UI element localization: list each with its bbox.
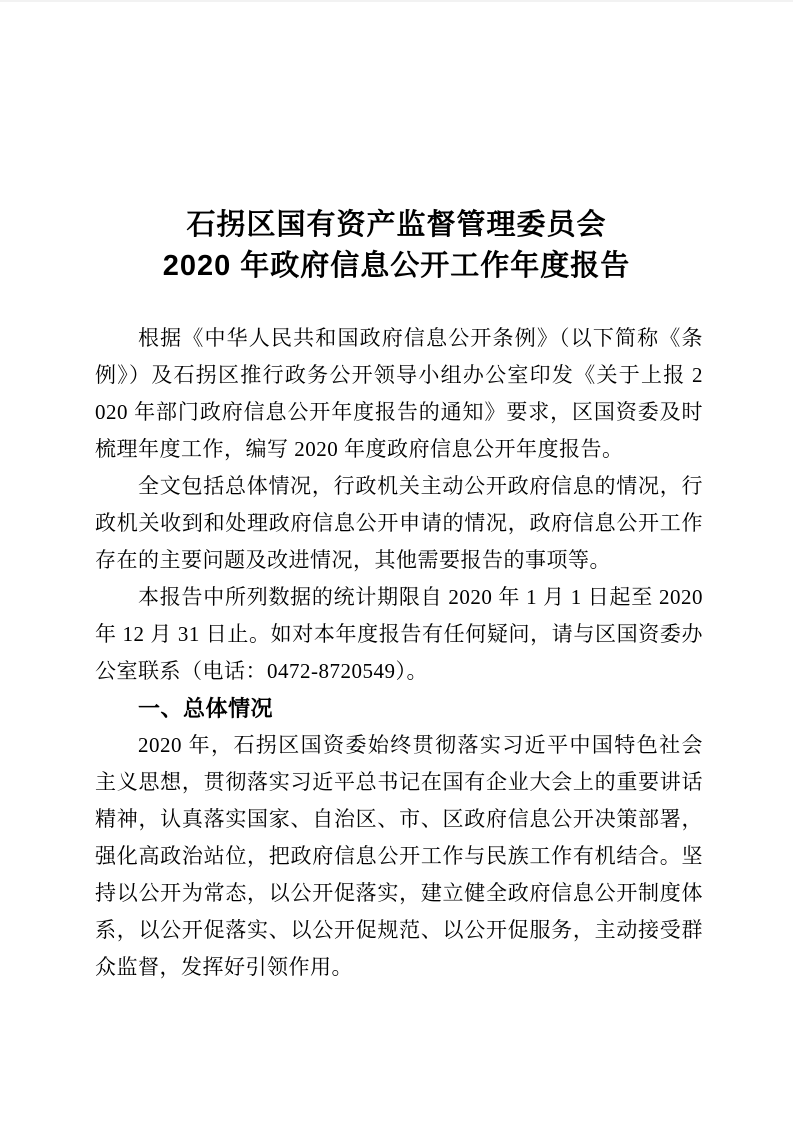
- text-line: 本报告中所列数据的统计期限自 2020 年 1 月 1 日起至 2020: [95, 579, 703, 616]
- text-line: 系，以公开促落实、以公开促规范、以公开促服务，主动接受群: [95, 912, 703, 949]
- text-line: 主义思想，贯彻落实习近平总书记在国有企业大会上的重要讲话: [95, 764, 703, 801]
- para-statistics-period: 本报告中所列数据的统计期限自 2020 年 1 月 1 日起至 2020年 12…: [95, 579, 703, 690]
- document-title-line-1: 石拐区国有资产监督管理委员会: [0, 205, 793, 246]
- para-report-scope: 全文包括总体情况，行政机关主动公开政府信息的情况，行政机关收到和处理政府信息公开…: [95, 468, 703, 579]
- text-line: 精神，认真落实国家、自治区、市、区政府信息公开决策部署，: [95, 801, 703, 838]
- text-line: 全文包括总体情况，行政机关主动公开政府信息的情况，行: [95, 468, 703, 505]
- document-page: 石拐区国有资产监督管理委员会 2020 年政府信息公开工作年度报告 根据《中华人…: [0, 0, 793, 1122]
- text-line: 一、总体情况: [95, 690, 703, 727]
- para-legal-basis: 根据《中华人民共和国政府信息公开条例》（以下简称《条例》）及石拐区推行政务公开领…: [95, 320, 703, 468]
- text-line: 020 年部门政府信息公开年度报告的通知》要求，区国资委及时: [95, 394, 703, 431]
- text-line: 2020 年，石拐区国资委始终贯彻落实习近平中国特色社会: [95, 727, 703, 764]
- heading-overall-situation: 一、总体情况: [95, 690, 703, 727]
- text-line: 众监督，发挥好引领作用。: [95, 949, 703, 986]
- text-line: 持以公开为常态，以公开促落实，建立健全政府信息公开制度体: [95, 875, 703, 912]
- text-line: 强化高政治站位，把政府信息公开工作与民族工作有机结合。坚: [95, 838, 703, 875]
- document-title-line-2: 2020 年政府信息公开工作年度报告: [0, 246, 793, 287]
- document-title: 石拐区国有资产监督管理委员会 2020 年政府信息公开工作年度报告: [0, 205, 793, 287]
- text-line: 梳理年度工作，编写 2020 年度政府信息公开年度报告。: [95, 431, 703, 468]
- para-overall-situation: 2020 年，石拐区国资委始终贯彻落实习近平中国特色社会主义思想，贯彻落实习近平…: [95, 727, 703, 986]
- text-line: 政机关收到和处理政府信息公开申请的情况，政府信息公开工作: [95, 505, 703, 542]
- text-line: 年 12 月 31 日止。如对本年度报告有任何疑问，请与区国资委办: [95, 616, 703, 653]
- document-body: 根据《中华人民共和国政府信息公开条例》（以下简称《条例》）及石拐区推行政务公开领…: [95, 320, 703, 986]
- text-line: 公室联系（电话：0472-8720549）。: [95, 653, 703, 690]
- text-line: 例》）及石拐区推行政务公开领导小组办公室印发《关于上报 2: [95, 357, 703, 394]
- text-line: 存在的主要问题及改进情况，其他需要报告的事项等。: [95, 542, 703, 579]
- text-line: 根据《中华人民共和国政府信息公开条例》（以下简称《条: [95, 320, 703, 357]
